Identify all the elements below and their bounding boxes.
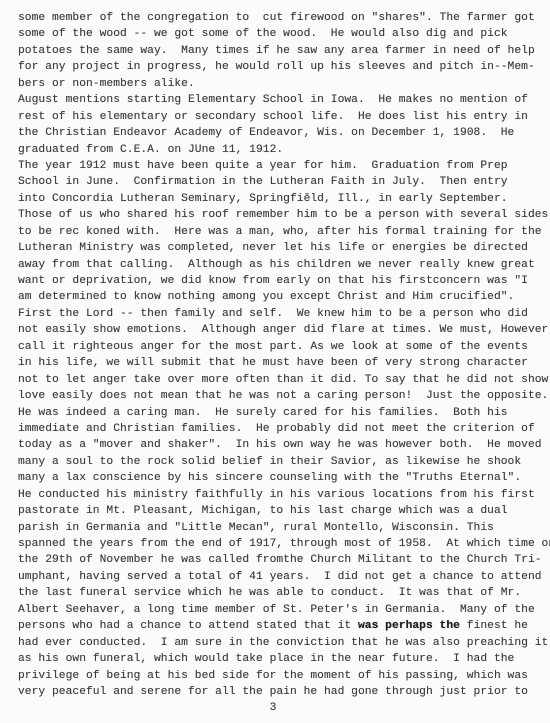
text-line: Albert Seehaver, a long time member of S…: [18, 602, 550, 618]
text-line: into Concordia Lutheran Seminary, Spring…: [18, 191, 550, 207]
text-line: some of the wood -- we got some of the w…: [18, 26, 550, 42]
text-line: persons who had a chance to attend state…: [18, 618, 550, 634]
text-line: not to let anger take over more often th…: [18, 372, 550, 388]
text-line: many a soul to the rock solid belief in …: [18, 454, 550, 470]
text-line: parish in Germania and "Little Mecan", r…: [18, 520, 550, 536]
text-line: He was indeed a caring man. He surely ca…: [18, 405, 550, 421]
text-line: pastorate in Mt. Pleasant, Michigan, to …: [18, 503, 550, 519]
text-line: Those of us who shared his roof remember…: [18, 207, 550, 223]
text-line: in his life, we will submit that he must…: [18, 355, 550, 371]
text-line: First the Lord -- then family and self. …: [18, 306, 550, 322]
text-line: not easily show emotions. Although anger…: [18, 322, 550, 338]
text-line: had ever conducted. I am sure in the con…: [18, 635, 550, 651]
text-line: call it righteous anger for the most par…: [18, 339, 550, 355]
text-segment: persons who had a chance to attend state…: [18, 620, 358, 632]
text-line: away from that calling. Although as his …: [18, 257, 550, 273]
text-line: love easily does not mean that he was no…: [18, 388, 550, 404]
text-line: Lutheran Ministry was completed, never l…: [18, 240, 550, 256]
text-line: graduated from C.E.A. on JUne 11, 1912.: [18, 142, 550, 158]
text-line: He conducted his ministry faithfully in …: [18, 487, 550, 503]
text-line: to be rec koned with. Here was a man, wh…: [18, 224, 550, 240]
page-number: 3: [0, 702, 546, 714]
text-line: potatoes the same way. Many times if he …: [18, 43, 550, 59]
text-line: for any project in progress, he would ro…: [18, 59, 550, 75]
text-line: spanned the years from the end of 1917, …: [18, 536, 550, 552]
text-line: want or deprivation, we did know from ea…: [18, 273, 550, 289]
text-line: today as a "mover and shaker". In his ow…: [18, 437, 550, 453]
text-line: umphant, having served a total of 41 yea…: [18, 569, 550, 585]
text-segment: finest he: [460, 620, 528, 632]
text-line: privilege of being at his bed side for t…: [18, 668, 550, 684]
bold-text: was perhaps the: [358, 620, 460, 632]
text-line: very peaceful and serene for all the pai…: [18, 684, 550, 700]
text-line: immediate and Christian families. He pro…: [18, 421, 550, 437]
text-line: am determined to know nothing among you …: [18, 289, 550, 305]
text-line: many a lax conscience by his sincere cou…: [18, 470, 550, 486]
text-line: the Christian Endeavor Academy of Endeav…: [18, 125, 550, 141]
text-line: August mentions starting Elementary Scho…: [18, 92, 550, 108]
text-line: rest of his elementary or secondary scho…: [18, 109, 550, 125]
text-line: bers or non-members alike.: [18, 76, 550, 92]
document-text: some member of the congregation to cut f…: [18, 10, 550, 700]
text-line: the last funeral service which he was ab…: [18, 585, 550, 601]
text-line: the 29th of November he was called fromt…: [18, 552, 550, 568]
text-line: School in June. Confirmation in the Luth…: [18, 174, 550, 190]
text-line: The year 1912 must have been quite a yea…: [18, 158, 550, 174]
document-page: some member of the congregation to cut f…: [0, 0, 550, 723]
text-line: some member of the congregation to cut f…: [18, 10, 550, 26]
text-line: as his own funeral, which would take pla…: [18, 651, 550, 667]
